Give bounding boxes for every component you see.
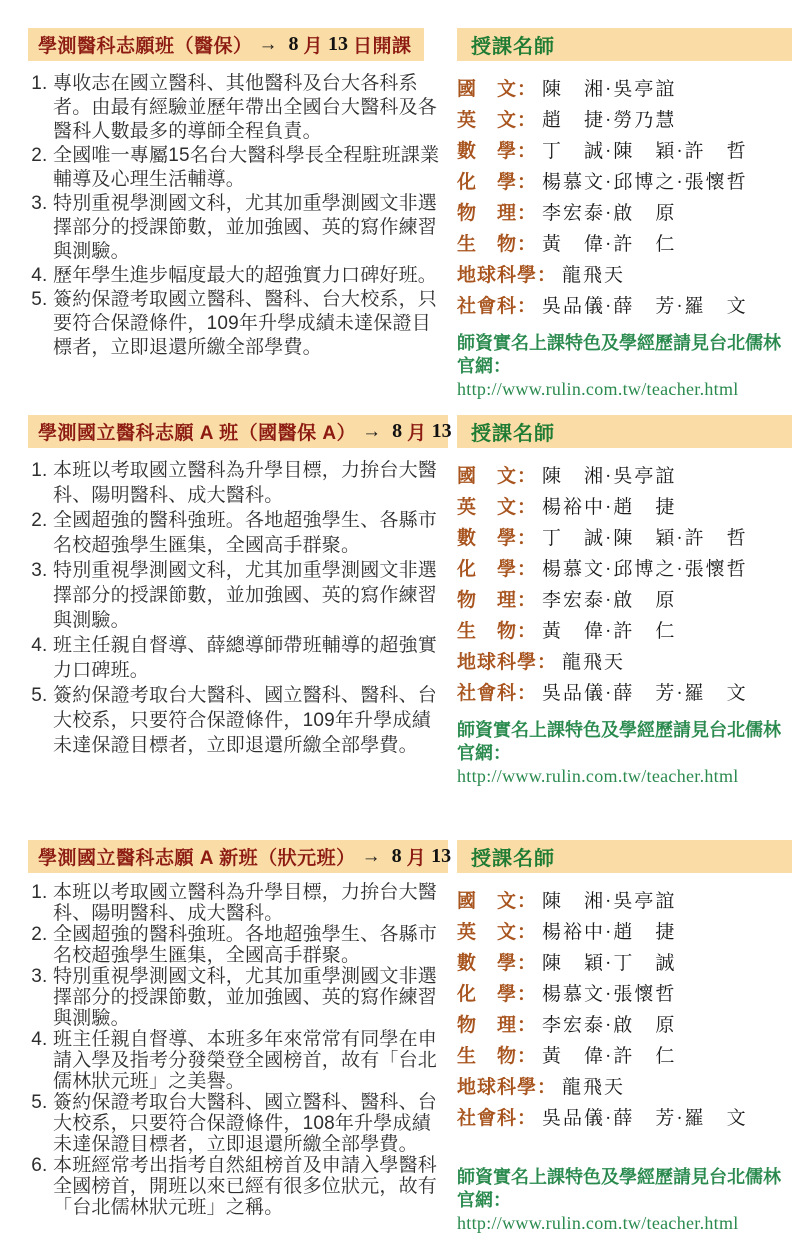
- teacher-subject: 物 理：: [457, 198, 537, 225]
- teacher-subject: 數 學：: [457, 523, 537, 550]
- teacher-names: 楊裕中·趙 捷: [542, 917, 676, 944]
- teacher-subject: 化 學：: [457, 167, 537, 194]
- teachers-header-bar: 授課名師: [457, 840, 792, 873]
- teacher-subject: 化 學：: [457, 979, 537, 1006]
- teacher-row: 社會科：吳品儀·薛 芳·羅 文: [457, 676, 792, 707]
- teacher-names: 丁 誠·陳 穎·許 哲: [542, 136, 748, 163]
- teacher-subject: 地球科學：: [457, 260, 557, 287]
- teacher-row: 生 物：黃 偉·許 仁: [457, 1039, 792, 1070]
- features-list: 專收志在國立醫科、其他醫科及台大各科系者。由最有經驗並歷年帶出全國台大醫科及各醫…: [28, 72, 448, 360]
- teacher-subject: 數 學：: [457, 136, 537, 163]
- teacher-names: 吳品儀·薛 芳·羅 文: [542, 291, 748, 318]
- teacher-names: 李宏泰·啟 原: [542, 585, 676, 612]
- teacher-subject: 社會科：: [457, 678, 537, 705]
- feature-item: 班主任親自督導、本班多年來常常有同學在申請入學及指考分發榮登全國榜首，故有「台北…: [53, 1029, 448, 1092]
- teacher-subject: 社會科：: [457, 1103, 537, 1130]
- official-site-note-text: 師資實名上課特色及學經歷請見台北儒林官網：: [457, 1166, 792, 1212]
- teacher-subject: 國 文：: [457, 886, 537, 913]
- teacher-row: 地球科學：龍飛天: [457, 258, 792, 289]
- teacher-names: 龍飛天: [562, 647, 625, 674]
- teachers-header-title: 授課名師: [471, 417, 555, 446]
- class-info-column: 學測醫科志願班（醫保） → 8 月 13 日開課 專收志在國立醫科、其他醫科及台…: [28, 28, 448, 360]
- flyer-page: 學測醫科志願班（醫保） → 8 月 13 日開課 專收志在國立醫科、其他醫科及台…: [0, 0, 800, 1255]
- month-label: 月: [407, 843, 427, 870]
- feature-item: 特別重視學測國文科，尤其加重學測國文非選擇部分的授課節數，並加強國、英的寫作練習…: [53, 966, 448, 1029]
- teacher-row: 化 學：楊慕文·張懷哲: [457, 977, 792, 1008]
- teacher-row: 地球科學：龍飛天: [457, 645, 792, 676]
- teacher-names: 楊慕文·張懷哲: [542, 979, 676, 1006]
- class-info-column: 學測國立醫科志願 A 班（國醫保 A） → 8 月 13 日開課 本班以考取國立…: [28, 415, 448, 758]
- teacher-subject: 生 物：: [457, 229, 537, 256]
- teacher-row: 國 文：陳 湘·吳亭誼: [457, 459, 792, 490]
- teacher-row: 英 文：趙 捷·勞乃慧: [457, 103, 792, 134]
- teachers-panel: 授課名師 國 文：陳 湘·吳亭誼 英 文：楊裕中·趙 捷 數 學：陳 穎·丁 誠…: [457, 840, 792, 1235]
- teacher-names: 陳 湘·吳亭誼: [542, 886, 676, 913]
- feature-item: 全國唯一專屬15名台大醫科學長全程駐班課業輔導及心理生活輔導。: [53, 144, 448, 192]
- teacher-subject: 英 文：: [457, 105, 537, 132]
- feature-item: 全國超強的醫科強班。各地超強學生、各縣市名校超強學生匯集，全國高手群聚。: [53, 924, 448, 966]
- teachers-header-bar: 授課名師: [457, 28, 792, 61]
- feature-item: 簽約保證考取台大醫科、國立醫科、醫科、台大校系，只要符合保證條件，109年升學成…: [53, 683, 448, 758]
- teacher-row: 社會科：吳品儀·薛 芳·羅 文: [457, 1101, 792, 1132]
- teacher-row: 數 學：丁 誠·陳 穎·許 哲: [457, 521, 792, 552]
- feature-item: 簽約保證考取國立醫科、醫科、台大校系，只要符合保證條件，109年升學成績未達保證…: [53, 288, 448, 360]
- teacher-list: 國 文：陳 湘·吳亭誼 英 文：楊裕中·趙 捷 數 學：丁 誠·陳 穎·許 哲 …: [457, 459, 792, 707]
- teacher-subject: 地球科學：: [457, 1072, 557, 1099]
- teacher-names: 陳 湘·吳亭誼: [542, 461, 676, 488]
- teacher-list: 國 文：陳 湘·吳亭誼 英 文：楊裕中·趙 捷 數 學：陳 穎·丁 誠 化 學：…: [457, 884, 792, 1132]
- teachers-header-title: 授課名師: [471, 30, 555, 59]
- teacher-row: 英 文：楊裕中·趙 捷: [457, 490, 792, 521]
- teachers-header-bar: 授課名師: [457, 415, 792, 448]
- teacher-subject: 數 學：: [457, 948, 537, 975]
- feature-item: 特別重視學測國文科，尤其加重學測國文非選擇部分的授課節數，並加強國、英的寫作練習…: [53, 558, 448, 633]
- open-day: 13: [432, 420, 452, 443]
- teacher-row: 數 學：陳 穎·丁 誠: [457, 946, 792, 977]
- teacher-row: 數 學：丁 誠·陳 穎·許 哲: [457, 134, 792, 165]
- teacher-names: 楊慕文·邱博之·張懷哲: [542, 554, 748, 581]
- feature-item: 特別重視學測國文科，尤其加重學測國文非選擇部分的授課節數，並加強國、英的寫作練習…: [53, 192, 448, 264]
- arrow-icon: →: [362, 846, 381, 868]
- feature-item: 本班經常考出指考自然組榜首及申請入學醫科全國榜首，開班以來已經有很多位狀元，故有…: [53, 1155, 448, 1218]
- teacher-row: 地球科學：龍飛天: [457, 1070, 792, 1101]
- teacher-names: 吳品儀·薛 芳·羅 文: [542, 1103, 748, 1130]
- official-site-url: http://www.rulin.com.tw/teacher.html: [457, 1212, 792, 1235]
- open-month: 8: [392, 845, 402, 868]
- teacher-names: 黃 偉·許 仁: [542, 229, 676, 256]
- arrow-icon: →: [362, 421, 381, 443]
- teacher-row: 物 理：李宏泰·啟 原: [457, 1008, 792, 1039]
- open-label: 日開課: [353, 31, 412, 58]
- teacher-names: 趙 捷·勞乃慧: [542, 105, 676, 132]
- feature-item: 本班以考取國立醫科為升學目標，力拚台大醫科、陽明醫科、成大醫科。: [53, 458, 448, 508]
- teacher-names: 龍飛天: [562, 1072, 625, 1099]
- feature-item: 班主任親自督導、薛總導師帶班輔導的超強實力口碑班。: [53, 633, 448, 683]
- official-site-note-text: 師資實名上課特色及學經歷請見台北儒林官網：: [457, 719, 792, 765]
- class-title: 學測國立醫科志願 A 新班（狀元班）: [38, 843, 356, 870]
- teacher-subject: 英 文：: [457, 492, 537, 519]
- teacher-subject: 物 理：: [457, 1010, 537, 1037]
- feature-item: 本班以考取國立醫科為升學目標，力拚台大醫科、陽明醫科、成大醫科。: [53, 882, 448, 924]
- features-list: 本班以考取國立醫科為升學目標，力拚台大醫科、陽明醫科、成大醫科。 全國超強的醫科…: [28, 458, 448, 758]
- teacher-names: 楊慕文·邱博之·張懷哲: [542, 167, 748, 194]
- teacher-row: 英 文：楊裕中·趙 捷: [457, 915, 792, 946]
- feature-item: 全國超強的醫科強班。各地超強學生、各縣市名校超強學生匯集，全國高手群聚。: [53, 508, 448, 558]
- teachers-panel: 授課名師 國 文：陳 湘·吳亭誼 英 文：楊裕中·趙 捷 數 學：丁 誠·陳 穎…: [457, 415, 792, 788]
- teacher-subject: 物 理：: [457, 585, 537, 612]
- teacher-names: 楊裕中·趙 捷: [542, 492, 676, 519]
- teacher-subject: 化 學：: [457, 554, 537, 581]
- teacher-row: 化 學：楊慕文·邱博之·張懷哲: [457, 552, 792, 583]
- official-site-url: http://www.rulin.com.tw/teacher.html: [457, 378, 792, 401]
- teacher-subject: 地球科學：: [457, 647, 557, 674]
- teacher-subject: 國 文：: [457, 74, 537, 101]
- teachers-panel: 授課名師 國 文：陳 湘·吳亭誼 英 文：趙 捷·勞乃慧 數 學：丁 誠·陳 穎…: [457, 28, 792, 401]
- open-month: 8: [289, 33, 299, 56]
- teacher-names: 丁 誠·陳 穎·許 哲: [542, 523, 748, 550]
- feature-item: 歷年學生進步幅度最大的超強實力口碑好班。: [53, 264, 448, 288]
- teacher-subject: 國 文：: [457, 461, 537, 488]
- month-label: 月: [304, 31, 324, 58]
- teacher-row: 國 文：陳 湘·吳亭誼: [457, 884, 792, 915]
- month-label: 月: [407, 418, 427, 445]
- official-site-note-text: 師資實名上課特色及學經歷請見台北儒林官網：: [457, 332, 792, 378]
- teacher-row: 生 物：黃 偉·許 仁: [457, 227, 792, 258]
- teacher-names: 陳 湘·吳亭誼: [542, 74, 676, 101]
- class-info-column: 學測國立醫科志願 A 新班（狀元班） → 8 月 13 日開課 本班以考取國立醫…: [28, 840, 448, 1218]
- teacher-row: 化 學：楊慕文·邱博之·張懷哲: [457, 165, 792, 196]
- open-day: 13: [328, 33, 348, 56]
- open-day: 13: [431, 845, 451, 868]
- official-site-url: http://www.rulin.com.tw/teacher.html: [457, 765, 792, 788]
- class-title-bar: 學測國立醫科志願 A 新班（狀元班） → 8 月 13 日開課: [28, 840, 448, 873]
- arrow-icon: →: [259, 34, 278, 56]
- teacher-names: 李宏泰·啟 原: [542, 198, 676, 225]
- teacher-row: 物 理：李宏泰·啟 原: [457, 196, 792, 227]
- class-title: 學測國立醫科志願 A 班（國醫保 A）: [38, 418, 356, 445]
- class-title-bar: 學測醫科志願班（醫保） → 8 月 13 日開課: [28, 28, 424, 61]
- teacher-names: 黃 偉·許 仁: [542, 1041, 676, 1068]
- teacher-names: 黃 偉·許 仁: [542, 616, 676, 643]
- teacher-subject: 生 物：: [457, 616, 537, 643]
- feature-item: 簽約保證考取台大醫科、國立醫科、醫科、台大校系，只要符合保證條件，108年升學成…: [53, 1092, 448, 1155]
- class-title-bar: 學測國立醫科志願 A 班（國醫保 A） → 8 月 13 日開課: [28, 415, 448, 448]
- feature-item: 專收志在國立醫科、其他醫科及台大各科系者。由最有經驗並歷年帶出全國台大醫科及各醫…: [53, 72, 448, 144]
- teacher-row: 國 文：陳 湘·吳亭誼: [457, 72, 792, 103]
- teacher-subject: 社會科：: [457, 291, 537, 318]
- features-list: 本班以考取國立醫科為升學目標，力拚台大醫科、陽明醫科、成大醫科。 全國超強的醫科…: [28, 882, 448, 1218]
- official-site-note: 師資實名上課特色及學經歷請見台北儒林官網： http://www.rulin.c…: [457, 719, 792, 788]
- teachers-header-title: 授課名師: [471, 842, 555, 871]
- teacher-names: 李宏泰·啟 原: [542, 1010, 676, 1037]
- teacher-names: 陳 穎·丁 誠: [542, 948, 676, 975]
- teacher-subject: 生 物：: [457, 1041, 537, 1068]
- teacher-subject: 英 文：: [457, 917, 537, 944]
- official-site-note: 師資實名上課特色及學經歷請見台北儒林官網： http://www.rulin.c…: [457, 332, 792, 401]
- open-month: 8: [392, 420, 402, 443]
- teacher-row: 社會科：吳品儀·薛 芳·羅 文: [457, 289, 792, 320]
- teacher-names: 吳品儀·薛 芳·羅 文: [542, 678, 748, 705]
- class-title: 學測醫科志願班（醫保）: [38, 31, 253, 58]
- teacher-names: 龍飛天: [562, 260, 625, 287]
- official-site-note: 師資實名上課特色及學經歷請見台北儒林官網： http://www.rulin.c…: [457, 1166, 792, 1235]
- teacher-row: 生 物：黃 偉·許 仁: [457, 614, 792, 645]
- teacher-list: 國 文：陳 湘·吳亭誼 英 文：趙 捷·勞乃慧 數 學：丁 誠·陳 穎·許 哲 …: [457, 72, 792, 320]
- teacher-row: 物 理：李宏泰·啟 原: [457, 583, 792, 614]
